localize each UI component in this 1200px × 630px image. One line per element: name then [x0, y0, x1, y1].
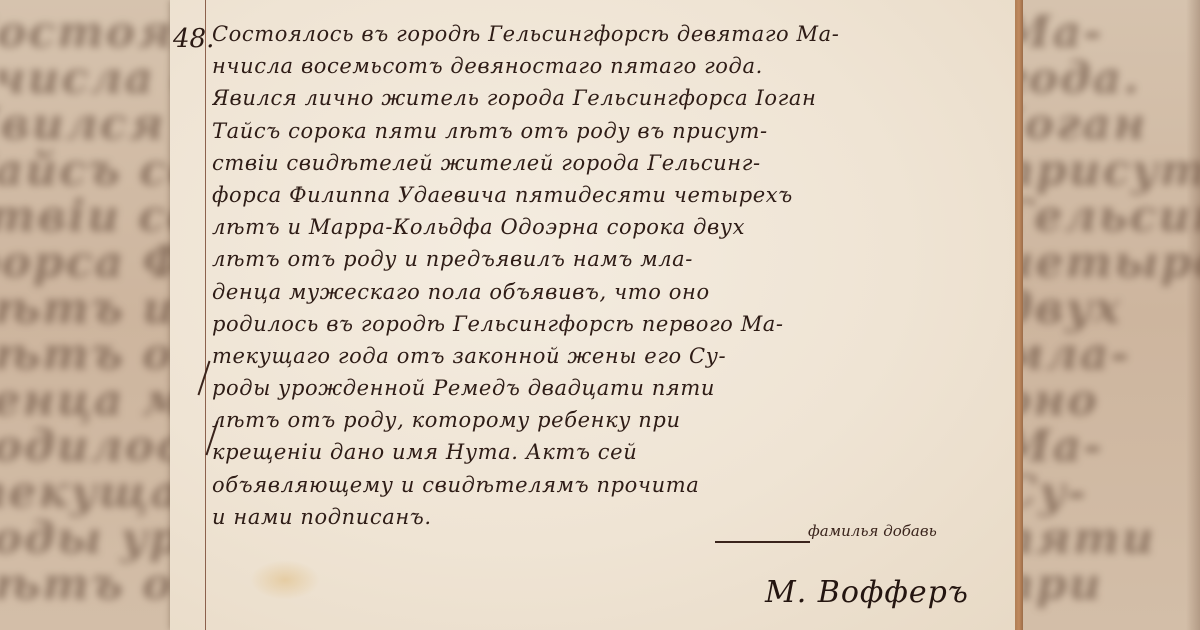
background-blur-right: Ма- года. Іоган присут- Гельсинг- четыре…	[1022, 0, 1200, 630]
bg-line: лѣтъ отъ роду	[0, 562, 172, 608]
bg-line: лѣтъ и Марра	[0, 286, 172, 332]
bg-line: Явился лично	[0, 102, 172, 148]
text-line: роды урожденной Ремедъ двадцати пяти	[212, 372, 1012, 404]
text-line: родилось въ городѣ Гельсингфорсѣ первого…	[212, 308, 1012, 340]
signature-rule	[715, 541, 810, 543]
text-line: лѣтъ отъ роду и предъявилъ намъ мла-	[212, 243, 1012, 275]
signature-note: фамилья добавь	[808, 522, 937, 540]
bg-line: при	[1022, 562, 1200, 608]
bg-line: Состоялось въ	[0, 10, 172, 56]
background-text-right: Ма- года. Іоган присут- Гельсинг- четыре…	[1022, 10, 1200, 608]
text-line: Явился лично житель города Гельсингфорса…	[212, 82, 1012, 114]
background-blur-left: Состоялось въ нчисла восемь Явился лично…	[0, 0, 172, 630]
bg-line: нчисла восемь	[0, 56, 172, 102]
bg-line: текущаго года	[0, 470, 172, 516]
bg-line: ствіи свидѣт	[0, 194, 172, 240]
bg-line: родилось въ	[0, 424, 172, 470]
bg-line: Тайсъ сорока	[0, 148, 172, 194]
bg-line: Ма-	[1022, 424, 1200, 470]
text-line: крещеніи дано имя Нута. Актъ сей	[212, 436, 1012, 468]
text-line: нчисла восемьсотъ девяностаго пятаго год…	[212, 50, 1012, 82]
paper-stain	[250, 560, 320, 600]
bg-line: Су-	[1022, 470, 1200, 516]
background-text-left: Состоялось въ нчисла восемь Явился лично…	[0, 10, 172, 608]
text-line: лѣтъ и Марра-Кольдфа Одоэрна сорока двух	[212, 211, 1012, 243]
bg-line: Гельсинг-	[1022, 194, 1200, 240]
bg-line: года.	[1022, 56, 1200, 102]
bg-line: Іоган	[1022, 102, 1200, 148]
bg-line: Ма-	[1022, 10, 1200, 56]
text-line: объявляющему и свидѣтелямъ прочита	[212, 469, 1012, 501]
bg-line: двух	[1022, 286, 1200, 332]
bg-line: четырехъ	[1022, 240, 1200, 286]
text-line: форса Филиппа Удаевича пятидесяти четыре…	[212, 179, 1012, 211]
margin-rule	[205, 0, 206, 630]
bg-line: денца мужеск	[0, 378, 172, 424]
text-line: денца мужескаго пола объявивъ, что оно	[212, 276, 1012, 308]
text-line: ствіи свидѣтелей жителей города Гельсинг…	[212, 147, 1012, 179]
page-edge	[1015, 0, 1023, 630]
bg-line: форса Филип	[0, 240, 172, 286]
bg-line: лѣтъ отъ рода	[0, 332, 172, 378]
text-line: текущаго года отъ законной жены его Су-	[212, 340, 1012, 372]
signature: М. Вофферъ	[765, 575, 969, 610]
bg-line: роды урожден	[0, 516, 172, 562]
bg-line: присут-	[1022, 148, 1200, 194]
bg-line: оно	[1022, 378, 1200, 424]
text-line: лѣтъ отъ роду, которому ребенку при	[212, 404, 1012, 436]
bg-line: мла-	[1022, 332, 1200, 378]
document-viewer: Состоялось въ нчисла восемь Явился лично…	[0, 0, 1200, 630]
entry-number: 48.	[173, 24, 214, 54]
text-line: Состоялось въ городѣ Гельсингфорсѣ девят…	[212, 18, 1012, 50]
text-line: Тайсъ сорока пяти лѣтъ отъ роду въ прису…	[212, 115, 1012, 147]
handwritten-text: Состоялось въ городѣ Гельсингфорсѣ девят…	[212, 18, 1012, 533]
bg-line: пяти	[1022, 516, 1200, 562]
